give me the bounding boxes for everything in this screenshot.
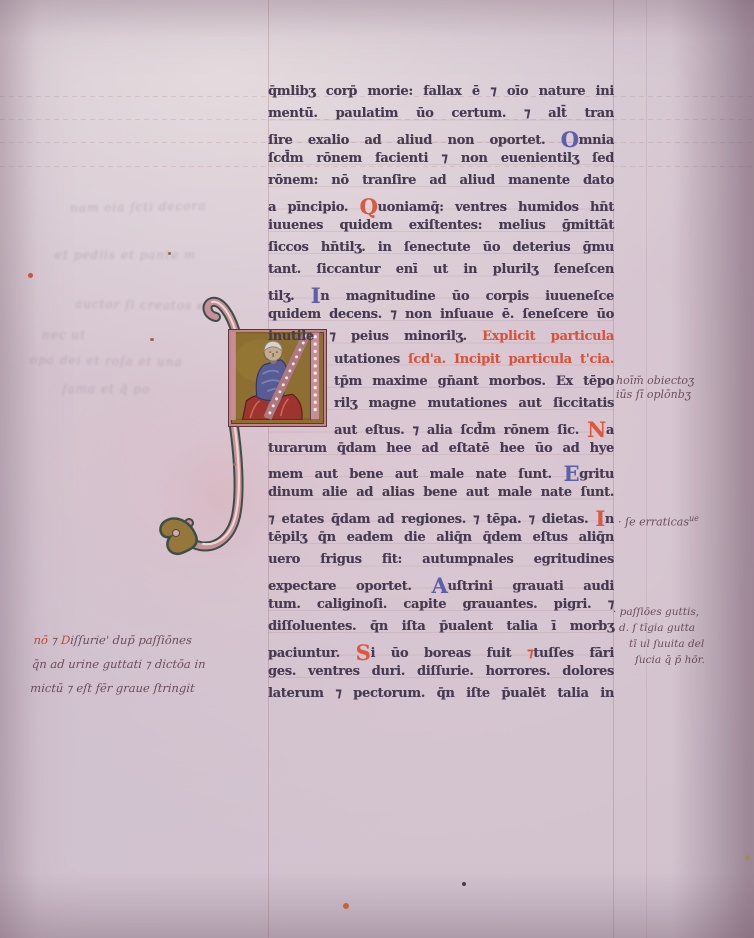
text-segment: iuuenes quidem exiſtentes: melius ḡmittā… — [268, 218, 614, 233]
text-line: ſcd̄m rōnem facienti ⁊ non euenientilʒ ſ… — [268, 151, 614, 173]
text-line: iuuenes quidem exiſtentes: melius ḡmittā… — [268, 218, 614, 240]
text-segment: gritu — [579, 467, 614, 482]
text-line: ges. ventres duri. diſſurie. horrores. d… — [268, 664, 614, 686]
text-segment: ⁊ etates q̄dam ad regiones. ⁊ tēpa. ⁊ di… — [268, 512, 595, 527]
text-segment: turarum q̄dam hee ad eſtatē hee ūo ad hy… — [268, 441, 614, 456]
text-segment: diſſoluentes. q̄n iſta p̄ualent talia ī … — [268, 619, 614, 634]
text-segment: S — [356, 640, 371, 665]
text-segment: n magnitudine ūo corpis iuueneſce — [320, 289, 614, 304]
text-segment: ges. ventres duri. diſſurie. horrores. d… — [268, 664, 614, 679]
text-line: ⁊ etates q̄dam ad regiones. ⁊ tēpa. ⁊ di… — [268, 508, 614, 530]
text-segment: N — [587, 417, 606, 442]
text-segment: q̄n ad urine guttati ⁊ dictōa in — [32, 657, 207, 671]
text-segment: ſucia q̄ p̄ hōr. — [635, 654, 705, 666]
gloss-line: q̄n ad urine guttati ⁊ dictōa in — [31, 652, 206, 676]
text-segment: I — [311, 283, 321, 308]
text-line: inutile ⁊ peius minorilʒ. Explicit parti… — [268, 329, 614, 351]
text-segment: tuſſes fāri — [533, 646, 614, 661]
text-line: paciuntur. Si ūo boreas fuit ⁊tuſſes fār… — [268, 642, 614, 664]
text-segment: inutile ⁊ peius minorilʒ. — [268, 329, 482, 344]
showthrough-line: opa dei et roſa et una — [30, 353, 183, 370]
text-segment: utationes — [334, 352, 408, 367]
text-line: tant. ſiccantur enī ut in plurilʒ ſeneſc… — [268, 262, 614, 284]
showthrough-line: auctor ſi creatos et — [75, 297, 211, 313]
text-segment: Explicit particula — [482, 329, 614, 344]
gloss-line: nō ⁊ Diſſurie' dup̄ paſſiōnes — [33, 628, 208, 652]
text-segment: d. ſ tīgia gutta — [619, 622, 695, 634]
brown-speck — [150, 338, 154, 341]
text-segment: mentū. paulatim ūo certum. ⁊ alt̄ tran — [268, 106, 614, 121]
text-line: q̄mlibʒ corp̄ morie: fallax ē ⁊ oīo natu… — [268, 84, 614, 106]
manuscript-page-photo: nam oia ſcti decoraet pediis et pante ma… — [0, 0, 754, 938]
gloss-line: mictū ⁊ eſt fēr graue ſtringit — [29, 676, 204, 700]
text-segment: iſſurie' dup̄ paſſiōnes — [70, 633, 193, 647]
showthrough-line: nam oia ſcti decora — [70, 199, 207, 215]
brown-speck — [233, 463, 236, 466]
text-line: laterum ⁊ pectorum. q̄n iſte p̄ualēt tal… — [268, 686, 614, 708]
text-segment: A — [431, 573, 447, 598]
text-segment: ue — [689, 514, 699, 523]
text-segment: tilʒ. — [268, 289, 311, 304]
text-segment: hoīm̄ obiectoʒ — [616, 374, 694, 387]
text-segment: · ſe erraticas — [618, 516, 689, 529]
gloss-line: d. ſ tīgia gutta — [613, 620, 705, 636]
gloss-line: iūs ſī oplōnbʒ — [616, 388, 694, 402]
text-segment: tant. ſiccantur enī ut in plurilʒ ſeneſc… — [268, 262, 614, 277]
text-segment: uero frigus fit: autumpnales egritudines — [268, 552, 614, 567]
text-segment: uſtrini grauati audi — [447, 579, 614, 594]
text-segment: ſcd'a. Incipit particula t'cia. — [408, 352, 614, 367]
text-segment: rilʒ magne mutationes aut ſiccitatis — [334, 396, 614, 411]
text-line: rōnem: nō tranſire ad aliud manente dato — [268, 173, 614, 195]
text-segment: O — [561, 127, 579, 152]
text-segment: paciuntur. — [268, 646, 356, 661]
text-segment: expectare oportet. — [268, 579, 431, 594]
text-line: tilʒ. In magnitudine ūo corpis iuueneſce — [268, 285, 614, 307]
text-line: utationes ſcd'a. Incipit particula t'cia… — [334, 352, 614, 374]
text-segment: mem aut bene aut male nate ſunt. — [268, 467, 563, 482]
text-line: uero frigus fit: autumpnales egritudines — [268, 552, 614, 574]
text-segment: uoniamq̄: ventres humidos hn̄t — [378, 200, 615, 215]
text-segment: tum. caliginoſi. capite grauantes. pigri… — [268, 597, 614, 612]
vertical-crease — [646, 0, 647, 938]
text-segment: Q — [360, 194, 378, 219]
text-segment: tp̄m maxime gn̄ant morbos. Ex tēpo — [334, 374, 614, 389]
orange-speck — [343, 903, 349, 909]
gloss-line: tī ul ſuuita del — [613, 636, 705, 652]
text-line: dinum alie ad alias bene aut male nate ſ… — [268, 485, 614, 507]
text-line: ſiccos hn̄tilʒ. in ſenectute ūo deterius… — [268, 240, 614, 262]
text-line: mem aut bene aut male nate ſunt. Egritu — [268, 463, 614, 485]
text-line: expectare oportet. Auſtrini grauati audi — [268, 575, 614, 597]
text-line: tp̄m maxime gn̄ant morbos. Ex tēpo — [334, 374, 614, 396]
text-segment: tī ul ſuuita del — [629, 638, 704, 650]
text-segment: E — [563, 461, 579, 486]
gloss-line: hoīm̄ obiectoʒ — [616, 374, 694, 388]
pigment-stain — [160, 430, 280, 570]
text-segment: iūs ſī oplōnbʒ — [616, 388, 691, 401]
text-segment: i ūo boreas fuit — [370, 646, 526, 661]
margin-note-right-middle: · ſe erraticasue — [618, 512, 699, 530]
text-segment: aut eſtus. ⁊ alia ſcd̄m rōnem ſic. — [334, 423, 587, 438]
gloss-line: · ſe erraticasue — [618, 512, 699, 530]
text-segment: mnia — [579, 133, 614, 148]
text-line: rilʒ magne mutationes aut ſiccitatis — [334, 396, 614, 418]
margin-note-right-lower: · paſſiōes guttis,d. ſ tīgia guttatī ul … — [613, 604, 705, 668]
showthrough-line: nec ut — [42, 328, 86, 342]
red-speck — [28, 273, 33, 278]
text-segment: n — [605, 512, 614, 527]
text-segment: ſire exalio ad aliud non oportet. — [268, 133, 561, 148]
text-line: tēpilʒ q̄n eadem die aliq̄n q̄dem eſtus … — [268, 530, 614, 552]
text-segment: a pīncipio. — [268, 200, 360, 215]
leaf-ornament — [160, 518, 196, 553]
text-segment: rōnem: nō tranſire ad aliud manente dato — [268, 173, 614, 188]
gloss-line: ſucia q̄ p̄ hōr. — [613, 652, 705, 668]
text-segment: mictū ⁊ eſt fēr graue ſtringit — [30, 681, 195, 695]
text-segment: · paſſiōes guttis, — [613, 606, 699, 618]
text-segment: dinum alie ad alias bene aut male nate ſ… — [268, 485, 614, 500]
text-line: turarum q̄dam hee ad eſtatē hee ūo ad hy… — [268, 441, 614, 463]
text-segment: I — [595, 506, 605, 531]
text-segment: q̄mlibʒ corp̄ morie: fallax ē ⁊ oīo natu… — [268, 84, 614, 99]
text-segment: tēpilʒ q̄n eadem die aliq̄n q̄dem eſtus … — [268, 530, 614, 545]
text-segment: a — [606, 423, 614, 438]
text-segment: laterum ⁊ pectorum. q̄n iſte p̄ualēt tal… — [268, 686, 614, 701]
text-segment: nō — [33, 633, 52, 647]
brown-speck — [168, 252, 171, 255]
text-line: ſire exalio ad aliud non oportet. Omnia — [268, 129, 614, 151]
text-segment: ſiccos hn̄tilʒ. in ſenectute ūo deterius… — [268, 240, 614, 255]
text-line: quidem decens. ⁊ non inſuaue ē. ſeneſcer… — [268, 307, 614, 329]
text-segment: ſcd̄m rōnem facienti ⁊ non euenientilʒ ſ… — [268, 151, 614, 166]
gloss-line: · paſſiōes guttis, — [613, 604, 705, 620]
dark-speck — [462, 882, 466, 886]
showthrough-line: fama et q̄ po — [62, 382, 150, 396]
text-line: mentū. paulatim ūo certum. ⁊ alt̄ tran — [268, 106, 614, 128]
text-line: diſſoluentes. q̄n iſta p̄ualent talia ī … — [268, 619, 614, 641]
showthrough-line: et pediis et pante m — [55, 248, 196, 262]
margin-note-right-upper: hoīm̄ obiectoʒiūs ſī oplōnbʒ — [616, 374, 694, 402]
margin-note-left-lower: nō ⁊ Diſſurie' dup̄ paſſiōnesq̄n ad urin… — [29, 628, 208, 700]
text-line: tum. caliginoſi. capite grauantes. pigri… — [268, 597, 614, 619]
yellow-speck — [745, 855, 750, 860]
text-line: aut eſtus. ⁊ alia ſcd̄m rōnem ſic. Na — [334, 419, 614, 441]
text-segment: quidem decens. ⁊ non inſuaue ē. ſeneſcer… — [268, 307, 614, 322]
text-line: a pīncipio. Quoniamq̄: ventres humidos h… — [268, 196, 614, 218]
